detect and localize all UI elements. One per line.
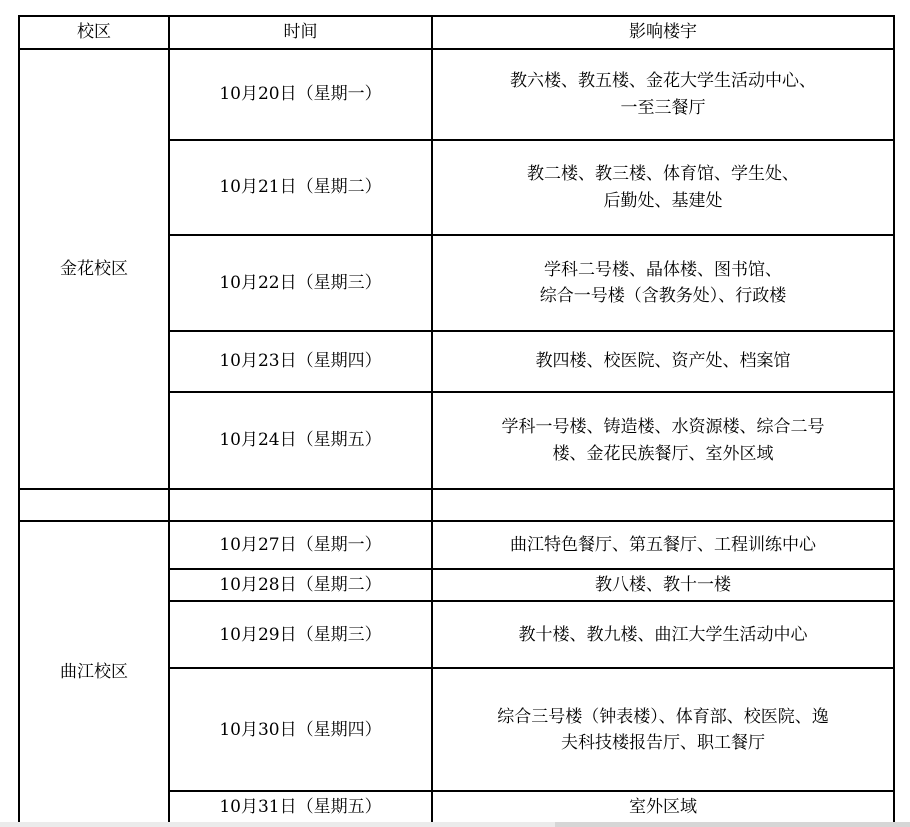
empty-cell — [432, 489, 894, 521]
outage-schedule-table: 校区 时间 影响楼宇 金花校区 10月20日（星期一） 教六楼、教五楼、金花大学… — [18, 15, 895, 825]
table-row: 曲江校区 10月27日（星期一） 曲江特色餐厅、第五餐厅、工程训练中心 — [19, 521, 894, 569]
buildings-cell: 综合三号楼（钟表楼）、体育部、校医院、逸 夫科技楼报告厅、职工餐厅 — [432, 668, 894, 791]
header-buildings: 影响楼宇 — [432, 16, 894, 49]
table-row: 金花校区 10月20日（星期一） 教六楼、教五楼、金花大学生活动中心、 一至三餐… — [19, 49, 894, 140]
buildings-cell: 曲江特色餐厅、第五餐厅、工程训练中心 — [432, 521, 894, 569]
header-time: 时间 — [169, 16, 432, 49]
horizontal-scrollbar[interactable] — [0, 822, 910, 827]
buildings-cell: 室外区域 — [432, 791, 894, 823]
campus-cell-qujiang: 曲江校区 — [19, 521, 169, 824]
time-cell: 10月22日（星期三） — [169, 235, 432, 331]
buildings-cell: 学科一号楼、铸造楼、水资源楼、综合二号 楼、金花民族餐厅、室外区域 — [432, 392, 894, 489]
header-campus: 校区 — [19, 16, 169, 49]
table-header-row: 校区 时间 影响楼宇 — [19, 16, 894, 49]
time-cell: 10月23日（星期四） — [169, 331, 432, 392]
time-cell: 10月27日（星期一） — [169, 521, 432, 569]
buildings-cell: 教六楼、教五楼、金花大学生活动中心、 一至三餐厅 — [432, 49, 894, 140]
campus-cell-jinhua: 金花校区 — [19, 49, 169, 489]
time-cell: 10月21日（星期二） — [169, 140, 432, 235]
buildings-cell: 教八楼、教十一楼 — [432, 569, 894, 601]
time-cell: 10月28日（星期二） — [169, 569, 432, 601]
buildings-cell: 教四楼、校医院、资产处、档案馆 — [432, 331, 894, 392]
scrollbar-track — [0, 822, 555, 827]
buildings-cell: 教二楼、教三楼、体育馆、学生处、 后勤处、基建处 — [432, 140, 894, 235]
empty-cell — [169, 489, 432, 521]
time-cell: 10月20日（星期一） — [169, 49, 432, 140]
document-page: 校区 时间 影响楼宇 金花校区 10月20日（星期一） 教六楼、教五楼、金花大学… — [0, 0, 910, 827]
empty-cell — [19, 489, 169, 521]
time-cell: 10月30日（星期四） — [169, 668, 432, 791]
buildings-cell: 教十楼、教九楼、曲江大学生活动中心 — [432, 601, 894, 668]
time-cell: 10月29日（星期三） — [169, 601, 432, 668]
time-cell: 10月24日（星期五） — [169, 392, 432, 489]
buildings-cell: 学科二号楼、晶体楼、图书馆、 综合一号楼（含教务处）、行政楼 — [432, 235, 894, 331]
spacer-row — [19, 489, 894, 521]
time-cell: 10月31日（星期五） — [169, 791, 432, 823]
